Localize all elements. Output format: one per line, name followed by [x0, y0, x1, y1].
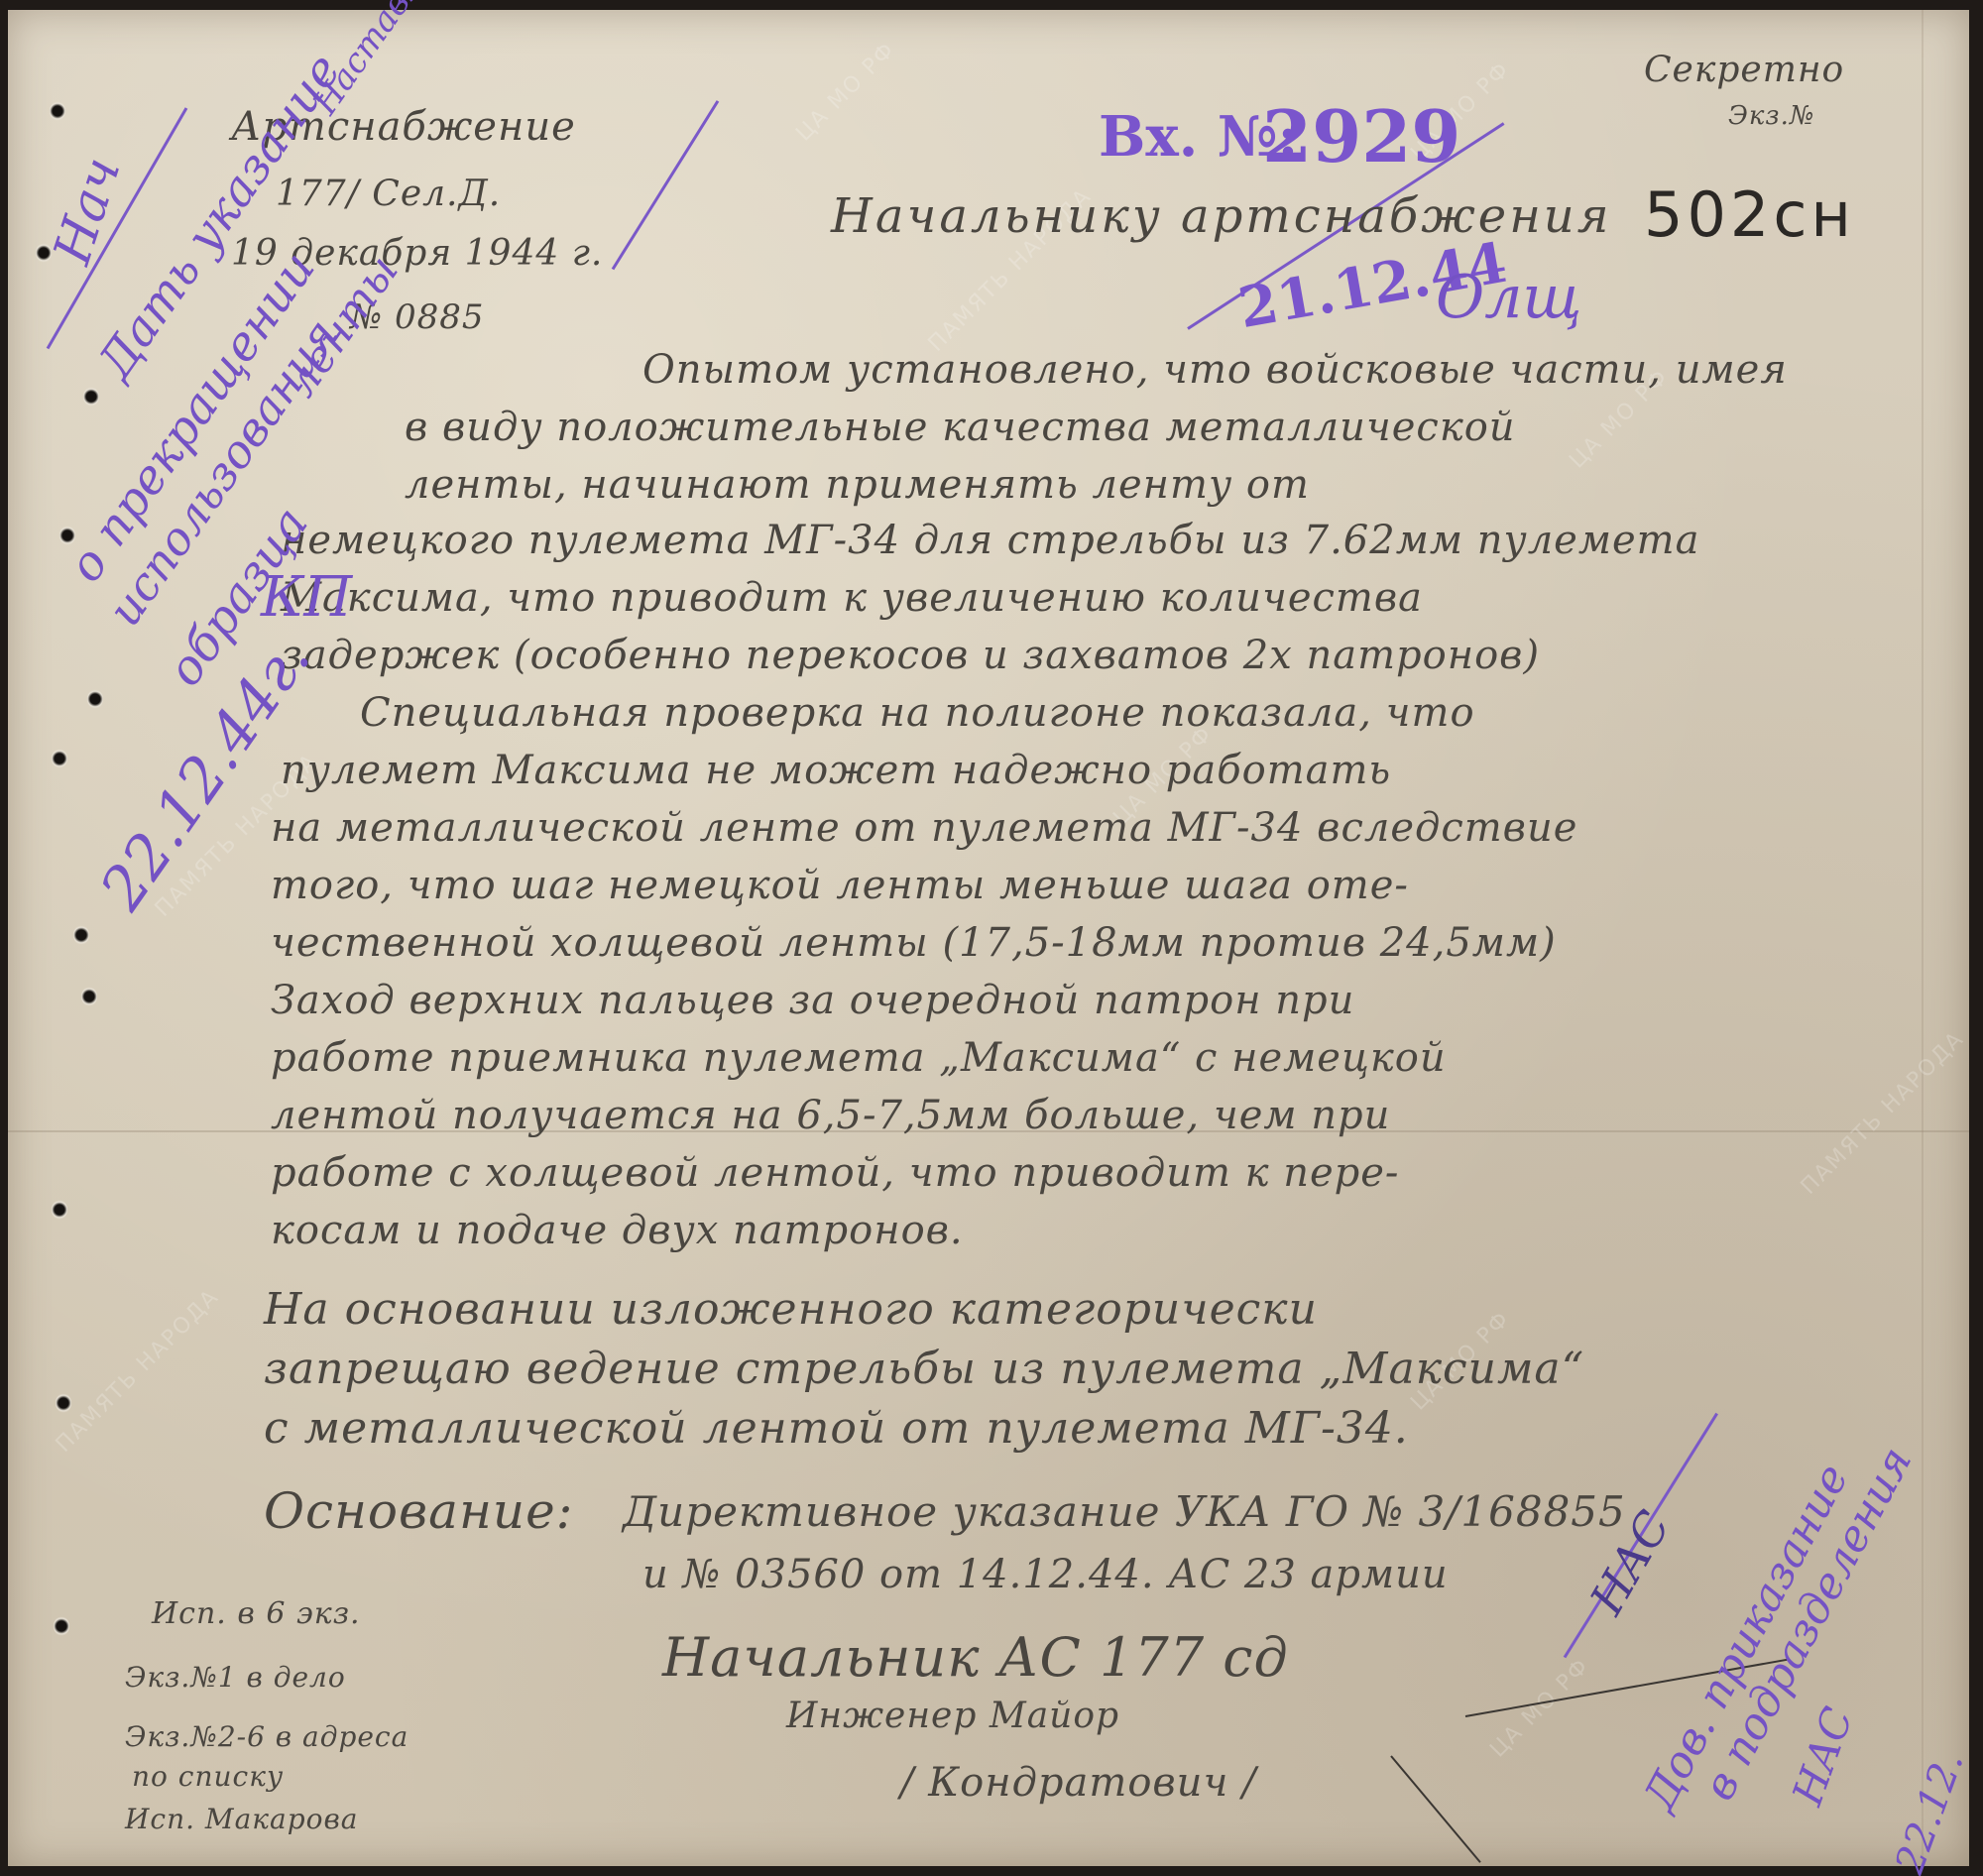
body-line: пулемет Максима не может надежно работат…	[281, 748, 1391, 793]
signatory-rank: Инженер Майор	[786, 1696, 1119, 1736]
copy-number-label: Экз.№	[1728, 101, 1814, 131]
distribution-line-2: Экз.№1 в дело	[125, 1661, 346, 1694]
body-line: На основании изложенного категорически	[264, 1284, 1318, 1335]
watermark: ПАМЯТЬ НАРОДА	[52, 1284, 225, 1458]
watermark: ЦА МО РФ	[791, 37, 900, 146]
ink-annotation-head: Нач	[43, 151, 133, 272]
distribution-line-5: Исп. Макарова	[125, 1803, 358, 1835]
ink-underline-stroke	[612, 100, 720, 270]
body-line: работе приемника пулемета „Максима“ с не…	[271, 1035, 1447, 1081]
body-line: запрещаю ведение стрельбы из пулемета „М…	[264, 1344, 1584, 1394]
incoming-stamp-number: 2929	[1262, 94, 1460, 178]
body-line: косам и подаче двух патронов.	[271, 1208, 964, 1253]
body-line: Заход верхних пальцев за очередной патро…	[271, 978, 1354, 1023]
ink-resolution-date: 22.12.	[1887, 1745, 1973, 1876]
watermark: ПАМЯТЬ НАРОДА	[1797, 1026, 1970, 1200]
binding-hole	[73, 925, 89, 945]
distribution-line-3: Экз.№2-6 в адреса	[125, 1720, 408, 1753]
body-line: с металлической лентой от пулемета МГ-34…	[264, 1403, 1409, 1454]
body-line: задержек (особенно перекосов и захватов …	[281, 633, 1540, 678]
distribution-line-1: Исп. в 6 экз.	[152, 1596, 361, 1631]
body-line: чественной холщевой ленты (17,5-18мм про…	[271, 920, 1557, 966]
body-line: Максима, что приводит к увеличению колич…	[281, 575, 1423, 621]
ink-initials: КП	[261, 565, 352, 630]
signatory-name: / Кондратович /	[900, 1760, 1257, 1806]
ink-resolution-initials: НАС	[1783, 1700, 1862, 1811]
pencil-signature-stroke	[1390, 1755, 1481, 1863]
body-line: работе с холщевой лентой, что приводит к…	[271, 1150, 1399, 1196]
binding-hole	[87, 689, 103, 709]
basis-line-2: и № 03560 от 14.12.44. АС 23 армии	[642, 1552, 1449, 1597]
incoming-stamp-initials: Олщ	[1436, 263, 1581, 332]
paper-fold-vertical	[1922, 10, 1924, 1866]
body-line: в виду положительные качества металличес…	[405, 405, 1516, 450]
body-line: Специальная проверка на полигоне показал…	[360, 690, 1475, 736]
body-line: лентой получается на 6,5-7,5мм больше, ч…	[271, 1093, 1390, 1138]
body-line: ленты, начинают применять ленту от	[405, 462, 1310, 508]
body-line: немецкого пулемета МГ-34 для стрельбы из…	[281, 518, 1699, 563]
basis-line-1: Директивное указание УКА ГО № 3/168855	[623, 1487, 1626, 1536]
binding-hole	[56, 1393, 71, 1413]
signatory-title: Начальник АС 177 сд	[662, 1626, 1289, 1689]
classification-label: Секретно	[1644, 50, 1844, 90]
body-line: того, что шаг немецкой ленты меньше шага…	[271, 863, 1409, 908]
binding-hole	[50, 101, 65, 121]
binding-hole	[81, 987, 97, 1006]
body-line: на металлической ленте от пулемета МГ-34…	[271, 805, 1577, 851]
binding-hole	[83, 387, 99, 407]
body-line: Опытом установлено, что войсковые части,…	[642, 347, 1788, 393]
basis-label: Основание:	[264, 1482, 574, 1540]
header-line-2: 177/ Сел.Д.	[276, 174, 501, 214]
document-page: ЦА МО РФ ЦА МО РФ ПАМЯТЬ НАРОДА ЦА МО РФ…	[8, 10, 1969, 1866]
register-number: 502сн	[1644, 178, 1855, 251]
binding-hole	[52, 749, 67, 768]
distribution-line-4: по списку	[132, 1760, 284, 1793]
binding-hole	[52, 1200, 67, 1220]
binding-hole	[54, 1616, 69, 1636]
addressee: Начальнику артснабжения	[831, 188, 1612, 244]
